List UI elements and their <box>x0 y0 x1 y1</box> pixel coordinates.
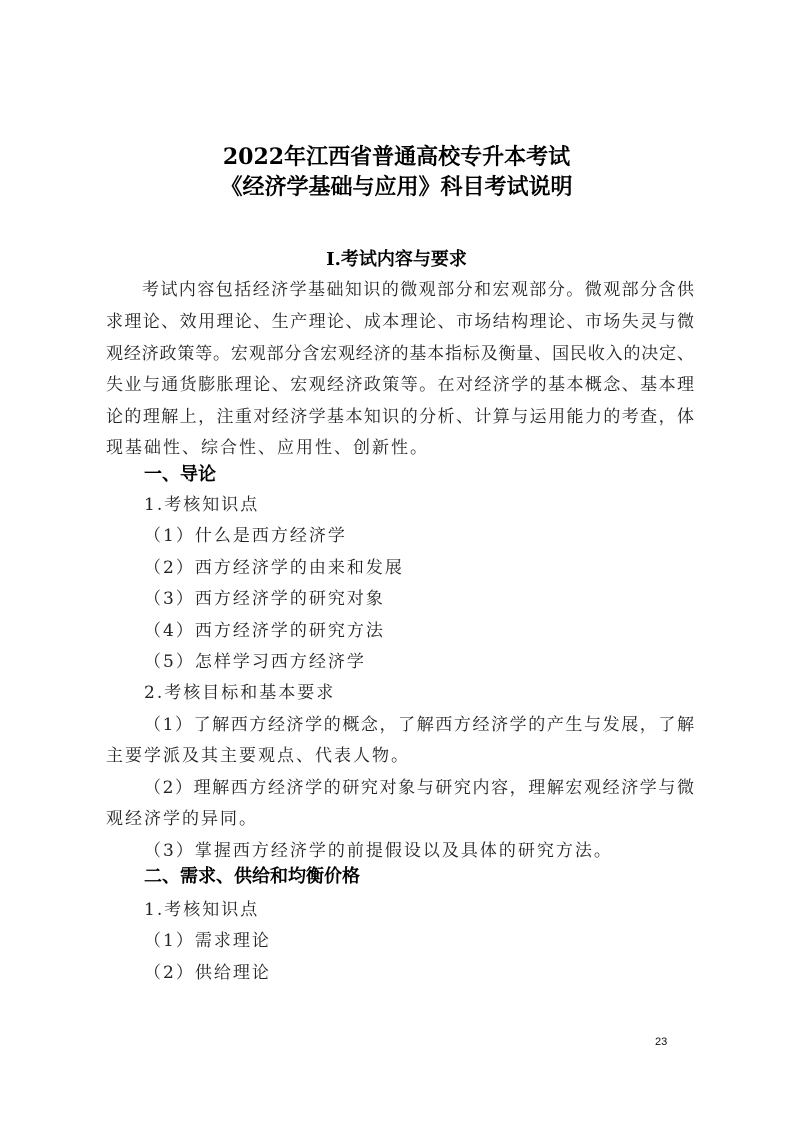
subsection-title: 1.考核知识点 <box>144 490 259 522</box>
knowledge-item: （4）西方经济学的研究方法 <box>144 616 385 648</box>
document-page: 2022年江西省普通高校专升本考试 《经济学基础与应用》科目考试说明 Ⅰ.考试内… <box>0 0 793 1122</box>
intro-line: 论的理解上，注重对经济学基本知识的分析、计算与运用能力的考查，体 <box>106 402 694 434</box>
chapter-heading: 一、导论 <box>144 459 216 491</box>
knowledge-item: （2）西方经济学的由来和发展 <box>144 553 404 585</box>
knowledge-item: （5）怎样学习西方经济学 <box>144 647 366 679</box>
page-number: 23 <box>655 1036 667 1048</box>
goal-line: 观经济学的异同。 <box>106 804 258 836</box>
knowledge-item: （1）什么是西方经济学 <box>144 521 347 553</box>
goal-line: （1）了解西方经济学的概念，了解西方经济学的产生与发展，了解 <box>144 710 694 742</box>
intro-line: 观经济政策等。宏观部分含宏观经济的基本指标及衡量、国民收入的决定、 <box>106 339 694 371</box>
section-heading: Ⅰ.考试内容与要求 <box>0 247 793 273</box>
intro-line: 考试内容包括经济学基础知识的微观部分和宏观部分。微观部分含供 <box>142 275 694 307</box>
knowledge-item: （3）西方经济学的研究对象 <box>144 584 385 616</box>
goal-line: （2）理解西方经济学的研究对象与研究内容，理解宏观经济学与微 <box>144 773 694 805</box>
chapter-heading: 二、需求、供给和均衡价格 <box>144 861 360 893</box>
knowledge-item: （2）供给理论 <box>144 958 271 990</box>
goal-line: 主要学派及其主要观点、代表人物。 <box>106 741 410 773</box>
knowledge-item: （1）需求理论 <box>144 926 271 958</box>
document-title-line-1: 2022年江西省普通高校专升本考试 <box>0 142 793 172</box>
intro-line: 求理论、效用理论、生产理论、成本理论、市场结构理论、市场失灵与微 <box>106 307 694 339</box>
document-title-line-2: 《经济学基础与应用》科目考试说明 <box>0 172 793 202</box>
subsection-title: 1.考核知识点 <box>144 895 259 927</box>
intro-line: 失业与通货膨胀理论、宏观经济政策等。在对经济学的基本概念、基本理 <box>106 370 694 402</box>
subsection-title: 2.考核目标和基本要求 <box>144 678 335 710</box>
